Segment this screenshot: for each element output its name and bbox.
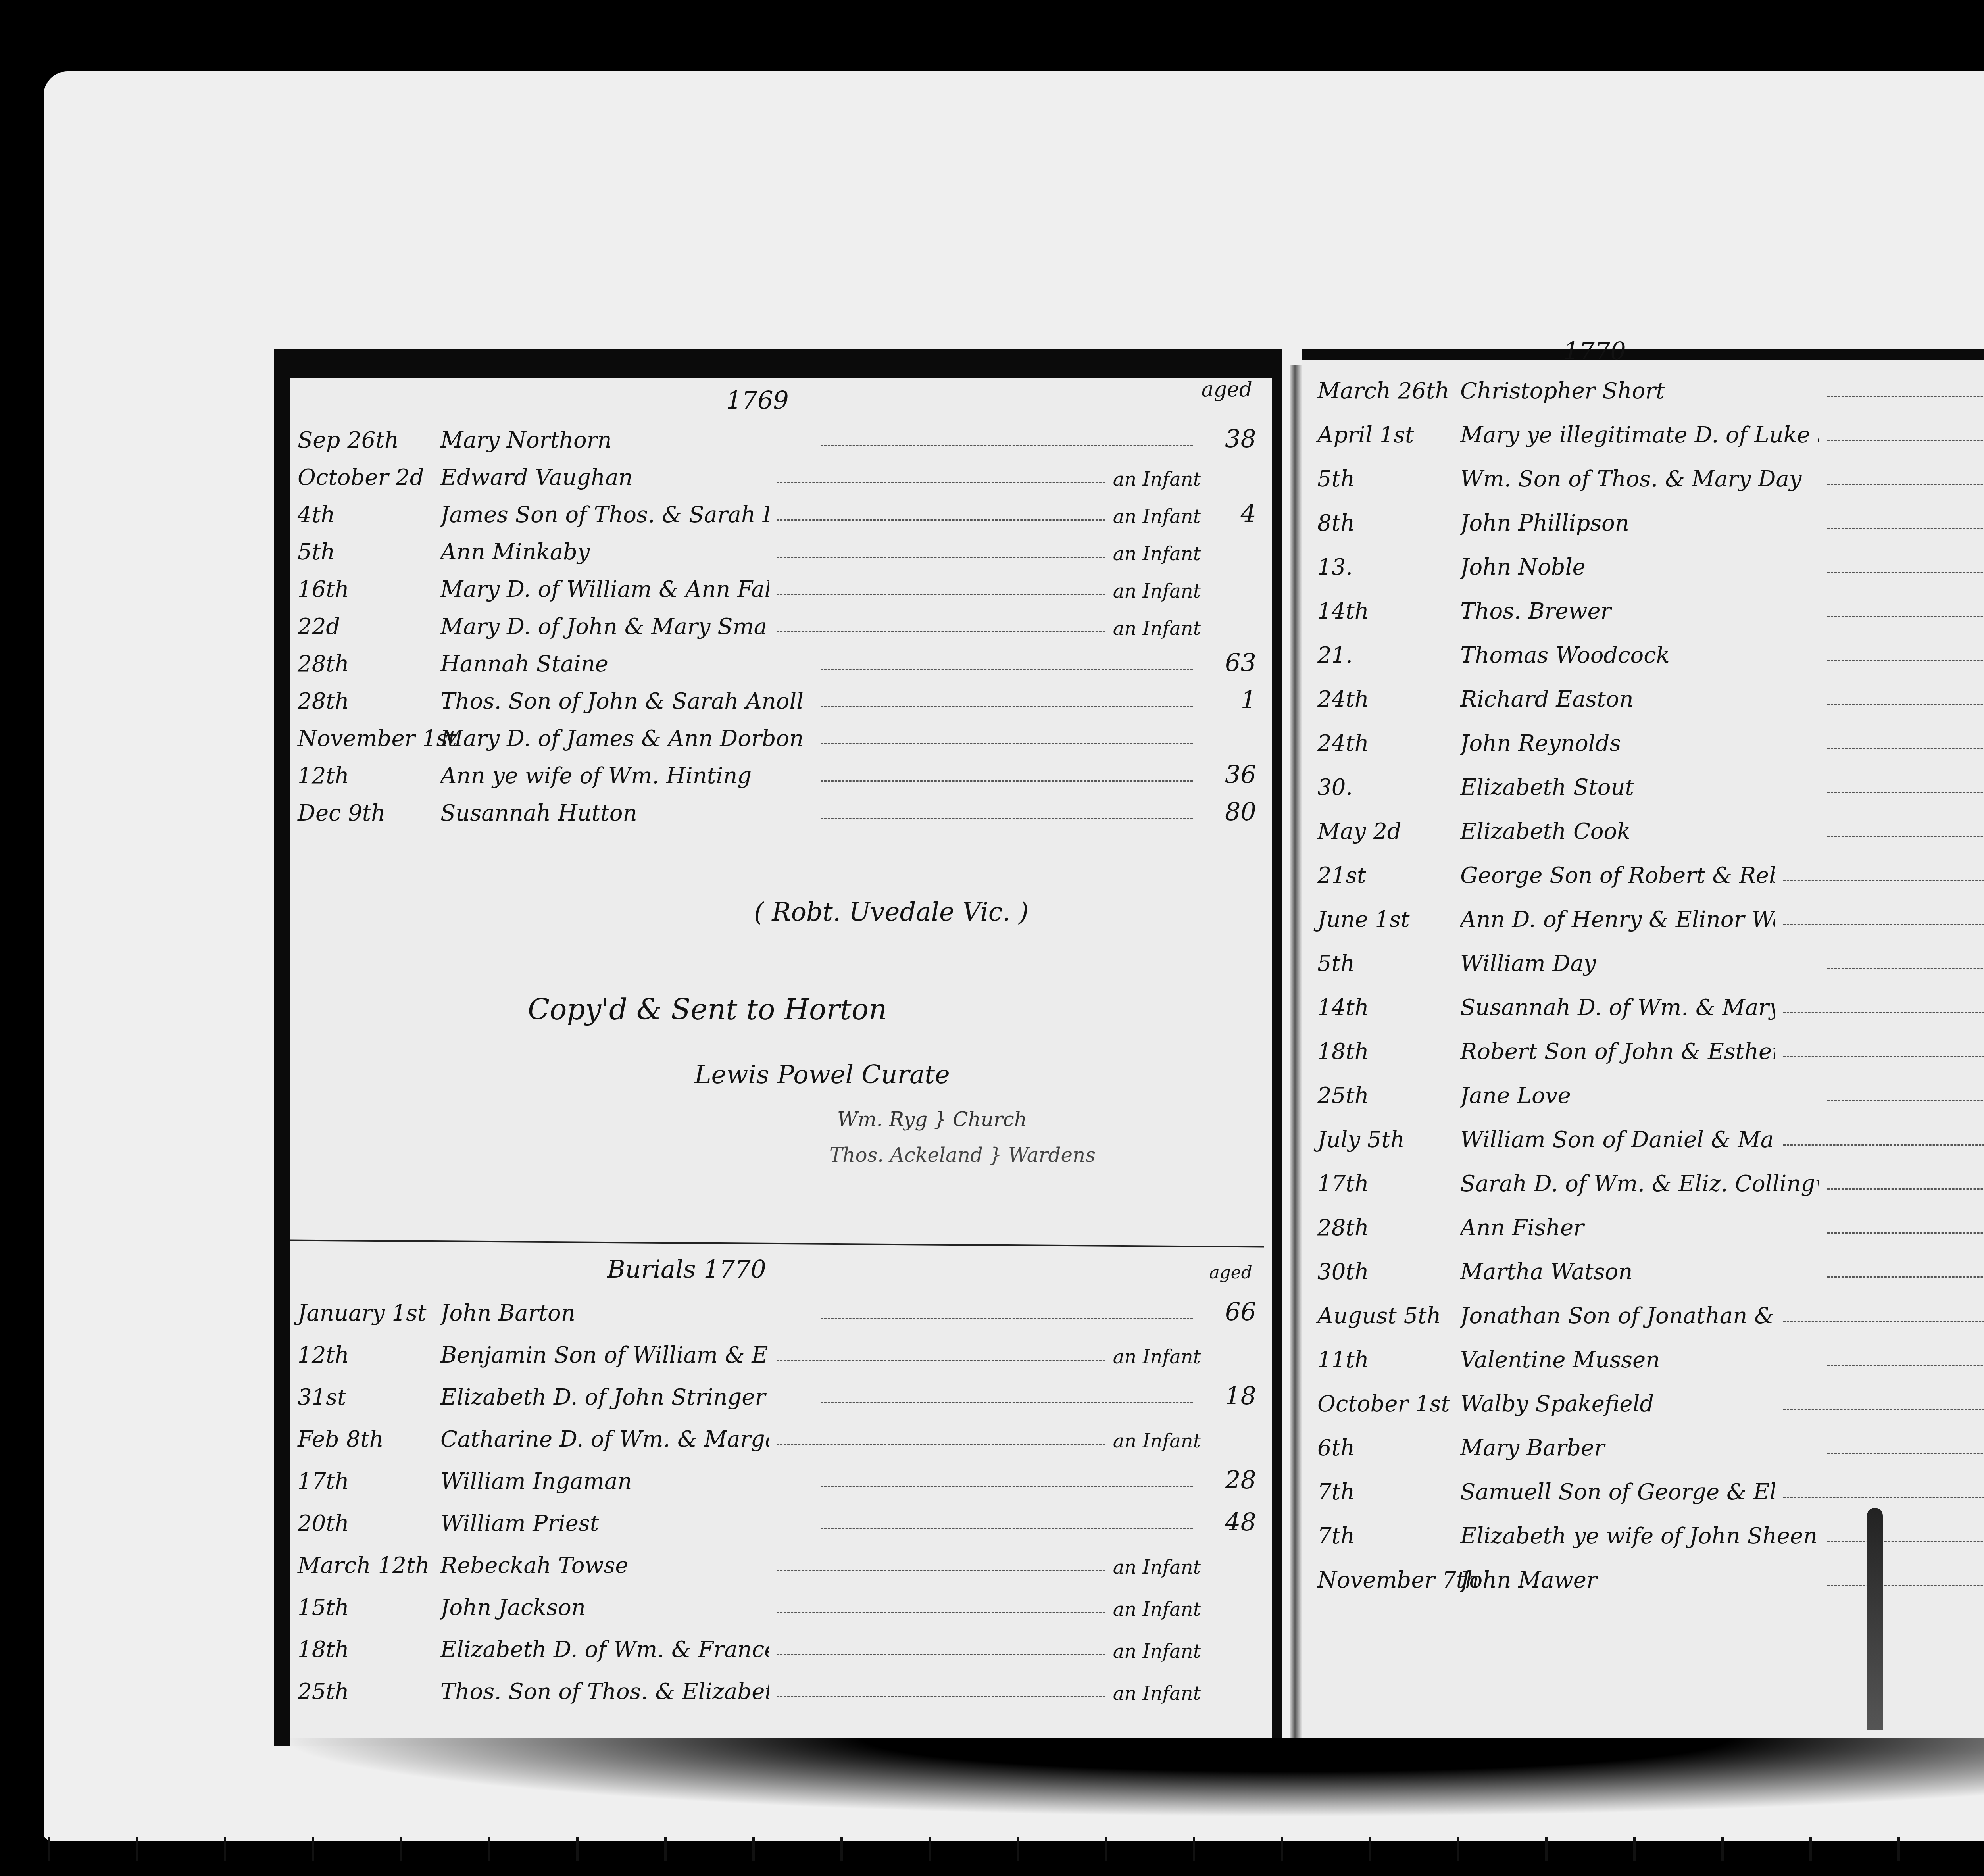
- entry-leader: [1827, 968, 1984, 969]
- register-entry: April 1stMary ye illegitimate D. of Luke…: [1317, 412, 1984, 448]
- entry-name: Thomas Woodcock: [1460, 642, 1819, 668]
- entry-name: Thos. Son of John & Sarah Anoll: [440, 688, 813, 714]
- entry-leader: [1827, 748, 1984, 749]
- copy-note: Copy'd & Sent to Horton: [528, 993, 887, 1026]
- register-entry: August 5thJonathan Son of Jonathan & Ann…: [1317, 1293, 1984, 1329]
- register-entry: 24thJohn Reynolds55: [1317, 721, 1984, 756]
- entry-leader: [777, 631, 1105, 632]
- register-entry: 30thMartha Watson38: [1317, 1249, 1984, 1285]
- entry-leader: [821, 1318, 1193, 1319]
- entry-date: Sep 26th: [298, 427, 440, 453]
- entry-age: 18: [1209, 1381, 1256, 1410]
- entry-note: an Infant: [1113, 468, 1201, 490]
- entry-date: 21st: [1317, 863, 1460, 888]
- entry-name: Ann ye wife of Wm. Hinting: [440, 763, 813, 789]
- entry-leader: [1827, 528, 1984, 529]
- register-entry: November 1stMary D. of James & Ann Dorbo…: [298, 716, 1256, 752]
- entry-name: William Priest: [440, 1511, 813, 1536]
- entry-name: Richard Easton: [1460, 686, 1819, 712]
- aged-column-heading: aged: [1202, 378, 1252, 402]
- register-entry: October 1stWalby Spakefieldan Infant: [1317, 1381, 1984, 1417]
- register-entry: 14thSusannah D. of Wm. & Mary Ibbotsonan…: [1317, 985, 1984, 1021]
- entry-leader: [1827, 1100, 1984, 1101]
- register-entry: 13.John Noble31: [1317, 544, 1984, 580]
- entry-date: Dec 9th: [298, 800, 440, 826]
- entry-name: Rebeckah Towse: [440, 1553, 769, 1578]
- register-book: 1769 aged Sep 26thMary Northorn38October…: [274, 349, 1984, 1754]
- entry-name: Thos. Brewer: [1460, 598, 1819, 624]
- entry-name: James Son of Thos. & Sarah Ingall: [440, 502, 769, 528]
- entry-date: 31st: [298, 1384, 440, 1410]
- sprocket-mark: [136, 1837, 138, 1861]
- register-entry: March 26thChristopher Short63: [1317, 368, 1984, 404]
- curate-signature: Lewis Powel Curate: [694, 1060, 950, 1090]
- entry-date: 30.: [1317, 775, 1460, 800]
- entries-1770-right: March 26thChristopher Short63April 1stMa…: [1317, 368, 1984, 1638]
- entry-date: January 1st: [298, 1300, 440, 1326]
- entry-date: October 1st: [1317, 1391, 1460, 1417]
- entry-name: Benjamin Son of William & Eliz. Frodle: [440, 1342, 769, 1368]
- entry-leader: [1827, 1365, 1984, 1366]
- entry-leader: [1827, 572, 1984, 573]
- register-entry: 22dMary D. of John & Mary Smartan Infant: [298, 604, 1256, 640]
- sprocket-mark: [752, 1837, 755, 1861]
- entry-leader: [1827, 660, 1984, 661]
- entry-date: 12th: [298, 763, 440, 789]
- entry-name: Susannah D. of Wm. & Mary Ibbotson: [1460, 995, 1775, 1021]
- entry-leader: [1827, 396, 1984, 397]
- entry-name: Mary D. of John & Mary Smart: [440, 614, 769, 640]
- sprocket-mark: [576, 1837, 579, 1861]
- register-entry: 31stElizabeth D. of John Stringer18: [298, 1374, 1256, 1410]
- entry-age: 28: [1209, 1465, 1256, 1494]
- entry-date: June 1st: [1317, 907, 1460, 932]
- register-entry: 6thMary Barber51: [1317, 1425, 1984, 1461]
- entry-date: 13.: [1317, 554, 1460, 580]
- entry-name: Walby Spakefield: [1460, 1391, 1775, 1417]
- entry-leader: [1827, 440, 1984, 441]
- entry-name: William Ingaman: [440, 1469, 813, 1494]
- entry-name: John Noble: [1460, 554, 1819, 580]
- entry-date: 6th: [1317, 1435, 1460, 1461]
- entry-leader: [777, 519, 1105, 521]
- film-sprocket-marks: [48, 1829, 1984, 1861]
- register-entry: November 7thJohn Mawer63: [1317, 1557, 1984, 1593]
- entry-name: Elizabeth D. of Wm. & Frances Smith: [440, 1637, 769, 1663]
- entry-leader: [821, 669, 1193, 670]
- register-entry: 28thHannah Staine63: [298, 641, 1256, 677]
- sprocket-mark: [1721, 1837, 1724, 1861]
- register-entry: June 1stAnn D. of Henry & Elinor Watsona…: [1317, 897, 1984, 932]
- entry-leader: [1827, 616, 1984, 617]
- register-entry: 14thThos. Brewer42: [1317, 588, 1984, 624]
- entry-leader: [777, 1444, 1105, 1445]
- register-entry: 18thRobert Son of John & Esther Froxan I…: [1317, 1029, 1984, 1065]
- register-entry: 5thAnn Minkabyan Infant: [298, 529, 1256, 565]
- sprocket-mark: [224, 1837, 226, 1861]
- register-entry: 20thWilliam Priest48: [298, 1501, 1256, 1536]
- register-entry: 5thWilliam Day47: [1317, 941, 1984, 976]
- entry-date: 16th: [298, 577, 440, 602]
- entry-note: an Infant: [1113, 1598, 1201, 1620]
- register-entry: 17thSarah D. of Wm. & Eliz. Collingwood4: [1317, 1161, 1984, 1197]
- sprocket-mark: [929, 1837, 931, 1861]
- entry-note: an Infant: [1113, 1682, 1201, 1705]
- entry-leader: [777, 557, 1105, 558]
- entry-date: May 2d: [1317, 819, 1460, 844]
- register-entry: 5thWm. Son of Thos. & Mary Day2: [1317, 456, 1984, 492]
- sprocket-mark: [312, 1837, 314, 1861]
- register-entry: 12thAnn ye wife of Wm. Hinting36: [298, 753, 1256, 789]
- entry-name: George Son of Robert & Rebeccah Shaw: [1460, 863, 1775, 888]
- entry-name: Mary Barber: [1460, 1435, 1819, 1461]
- entry-name: Elizabeth Cook: [1460, 819, 1819, 844]
- sprocket-mark: [48, 1837, 50, 1861]
- sprocket-mark: [1897, 1837, 1900, 1861]
- entry-date: 24th: [1317, 686, 1460, 712]
- entry-age: 4: [1209, 499, 1256, 528]
- register-entry: Feb 8thCatharine D. of Wm. & Margarett E…: [298, 1417, 1256, 1452]
- entry-age: 63: [1209, 648, 1256, 677]
- entry-date: 4th: [298, 502, 440, 528]
- register-entry: January 1stJohn Barton66: [298, 1290, 1256, 1326]
- entry-date: 5th: [1317, 466, 1460, 492]
- entry-date: 22d: [298, 614, 440, 640]
- entry-leader: [1783, 1321, 1984, 1322]
- register-entry: 25thThos. Son of Thos. & Elizabeth Cooka…: [298, 1669, 1256, 1705]
- entry-leader: [821, 445, 1193, 446]
- register-entry: 30.Elizabeth Stout55: [1317, 765, 1984, 800]
- entry-name: Elizabeth ye wife of John Sheen: [1460, 1523, 1819, 1549]
- entry-date: 14th: [1317, 995, 1460, 1021]
- entry-note: an Infant: [1113, 617, 1201, 640]
- burials-1770-heading: Burials 1770: [607, 1255, 766, 1284]
- entry-date: 5th: [1317, 951, 1460, 976]
- sprocket-mark: [1193, 1837, 1195, 1861]
- entry-date: 24th: [1317, 730, 1460, 756]
- entry-date: 30th: [1317, 1259, 1460, 1285]
- entry-name: John Phillipson: [1460, 510, 1819, 536]
- register-entry: 16thMary D. of William & Ann Falksan Inf…: [298, 567, 1256, 602]
- entry-date: March 12th: [298, 1553, 440, 1578]
- sprocket-mark: [1545, 1837, 1548, 1861]
- entry-leader: [1827, 1188, 1984, 1190]
- entry-leader: [821, 706, 1193, 707]
- entry-leader: [1827, 1232, 1984, 1234]
- entry-date: July 5th: [1317, 1127, 1460, 1153]
- entry-name: Ann Minkaby: [440, 539, 769, 565]
- register-entry: Dec 9thSusannah Hutton80: [298, 790, 1256, 826]
- entry-note: an Infant: [1113, 1346, 1201, 1368]
- entry-leader: [1783, 1144, 1984, 1146]
- left-page: 1769 aged Sep 26thMary Northorn38October…: [274, 349, 1282, 1746]
- churchwarden-1: Wm. Ryg } Church: [837, 1108, 1027, 1131]
- entry-leader: [1827, 1453, 1984, 1454]
- entry-name: Elizabeth D. of John Stringer: [440, 1384, 813, 1410]
- entry-note: an Infant: [1113, 1556, 1201, 1578]
- entry-note: an Infant: [1113, 580, 1201, 602]
- sprocket-mark: [1457, 1837, 1459, 1861]
- register-entry: 21stGeorge Son of Robert & Rebeccah Shaw…: [1317, 853, 1984, 888]
- entry-age: 38: [1209, 424, 1256, 453]
- register-entry: 15thJohn Jacksonan Infant: [298, 1585, 1256, 1620]
- entry-name: William Son of Daniel & Mary Cook: [1460, 1127, 1775, 1153]
- entry-note: an Infant: [1113, 1430, 1201, 1452]
- entry-name: Samuell Son of George & Elizabeth Ryder: [1460, 1479, 1775, 1505]
- register-entry: 7thElizabeth ye wife of John Sheen55: [1317, 1513, 1984, 1549]
- entry-date: 28th: [298, 651, 440, 677]
- entry-name: Edward Vaughan: [440, 465, 769, 490]
- entry-date: November 7th: [1317, 1567, 1460, 1593]
- entry-leader: [821, 818, 1193, 819]
- entry-name: Sarah D. of Wm. & Eliz. Collingwood: [1460, 1171, 1819, 1197]
- entry-name: Mary ye illegitimate D. of Luke Smith by…: [1460, 422, 1819, 448]
- register-entry: 4thJames Son of Thos. & Sarah Ingallan I…: [298, 492, 1256, 528]
- entry-name: Susannah Hutton: [440, 800, 813, 826]
- year-heading-1769: 1769: [726, 386, 789, 415]
- entry-name: Ann Fisher: [1460, 1215, 1819, 1241]
- entry-leader: [777, 1570, 1105, 1571]
- register-entry: 24thRichard Easton34: [1317, 677, 1984, 712]
- entry-name: Robert Son of John & Esther Frox: [1460, 1039, 1775, 1065]
- entry-leader: [777, 1696, 1105, 1697]
- entry-name: Ann D. of Henry & Elinor Watson: [1460, 907, 1775, 932]
- entry-date: 14th: [1317, 598, 1460, 624]
- entry-leader: [1783, 1056, 1984, 1057]
- register-entry: 18thElizabeth D. of Wm. & Frances Smitha…: [298, 1627, 1256, 1663]
- entry-age: 1: [1209, 685, 1256, 714]
- entry-date: 21.: [1317, 642, 1460, 668]
- entry-date: 7th: [1317, 1523, 1460, 1549]
- entry-name: Jane Love: [1460, 1083, 1819, 1109]
- sprocket-mark: [1105, 1837, 1107, 1861]
- section-divider: [290, 1239, 1264, 1247]
- register-entry: May 2dElizabeth Cook28: [1317, 809, 1984, 844]
- sprocket-mark: [1369, 1837, 1371, 1861]
- entry-date: 15th: [298, 1595, 440, 1620]
- ink-smudge: [1867, 1508, 1883, 1730]
- entry-leader: [777, 1612, 1105, 1613]
- entry-leader: [1827, 1276, 1984, 1278]
- entry-date: 12th: [298, 1342, 440, 1368]
- entry-leader: [821, 1528, 1193, 1529]
- entry-note: an Infant: [1113, 506, 1201, 528]
- entry-date: 17th: [298, 1469, 440, 1494]
- register-entry: 7thSamuell Son of George & Elizabeth Ryd…: [1317, 1469, 1984, 1505]
- entry-date: Feb 8th: [298, 1426, 440, 1452]
- entry-age: 36: [1209, 760, 1256, 789]
- entry-leader: [1827, 836, 1984, 837]
- churchwarden-2: Thos. Ackeland } Wardens: [829, 1144, 1096, 1167]
- entry-date: 28th: [1317, 1215, 1460, 1241]
- sprocket-mark: [1809, 1837, 1812, 1861]
- entry-name: Mary D. of James & Ann Dorbon: [440, 726, 813, 752]
- entry-name: Jonathan Son of Jonathan & Ann Woodcock: [1460, 1303, 1775, 1329]
- entry-name: John Reynolds: [1460, 730, 1819, 756]
- entries-1770-left: January 1stJohn Barton6612thBenjamin Son…: [298, 1290, 1256, 1727]
- entry-age: 66: [1209, 1297, 1256, 1326]
- entry-name: Elizabeth Stout: [1460, 775, 1819, 800]
- entry-leader: [1827, 1585, 1984, 1586]
- entry-name: John Mawer: [1460, 1567, 1819, 1593]
- entry-date: April 1st: [1317, 422, 1460, 448]
- entry-name: Christopher Short: [1460, 378, 1819, 404]
- entry-date: 20th: [298, 1511, 440, 1536]
- sprocket-mark: [1281, 1837, 1283, 1861]
- entry-leader: [821, 1402, 1193, 1403]
- sprocket-mark: [400, 1837, 402, 1861]
- book-gutter: [1290, 365, 1302, 1754]
- sprocket-mark: [664, 1837, 667, 1861]
- entry-name: Valentine Mussen: [1460, 1347, 1819, 1373]
- entry-date: 17th: [1317, 1171, 1460, 1197]
- entry-date: 25th: [298, 1679, 440, 1705]
- entry-note: an Infant: [1113, 543, 1201, 565]
- entry-age: 80: [1209, 797, 1256, 826]
- binding-shadow: [274, 1738, 1984, 1817]
- entry-leader: [821, 1486, 1193, 1487]
- entry-date: 5th: [298, 539, 440, 565]
- entry-name: Mary Northorn: [440, 427, 813, 453]
- sprocket-mark: [488, 1837, 490, 1861]
- entry-leader: [1783, 880, 1984, 881]
- entry-date: 28th: [298, 688, 440, 714]
- register-entry: 12thBenjamin Son of William & Eliz. Frod…: [298, 1332, 1256, 1368]
- register-entry: 8thJohn Phillipson29: [1317, 500, 1984, 536]
- entry-leader: [777, 1360, 1105, 1361]
- entry-date: 18th: [1317, 1039, 1460, 1065]
- entry-name: Wm. Son of Thos. & Mary Day: [1460, 466, 1819, 492]
- entry-name: John Jackson: [440, 1595, 769, 1620]
- entry-date: 25th: [1317, 1083, 1460, 1109]
- entry-date: 11th: [1317, 1347, 1460, 1373]
- entry-name: Hannah Staine: [440, 651, 813, 677]
- entry-date: March 26th: [1317, 378, 1460, 404]
- entry-date: 7th: [1317, 1479, 1460, 1505]
- entry-leader: [1827, 484, 1984, 485]
- entry-name: John Barton: [440, 1300, 813, 1326]
- year-heading-1770: 1770: [1563, 336, 1626, 365]
- vicar-signature: ( Robt. Uvedale Vic. ): [754, 898, 1029, 927]
- register-entry: 17thWilliam Ingaman28: [298, 1459, 1256, 1494]
- register-entry: 25thJane Love60: [1317, 1073, 1984, 1109]
- sprocket-mark: [840, 1837, 843, 1861]
- entry-leader: [777, 1654, 1105, 1655]
- entry-leader: [777, 482, 1105, 483]
- entry-leader: [821, 780, 1193, 782]
- entry-date: 8th: [1317, 510, 1460, 536]
- sprocket-mark: [1017, 1837, 1019, 1861]
- entry-leader: [1783, 924, 1984, 925]
- entry-leader: [1827, 704, 1984, 705]
- entry-leader: [1783, 1409, 1984, 1410]
- entry-date: August 5th: [1317, 1303, 1460, 1329]
- register-entry: 11thValentine Mussen47: [1317, 1337, 1984, 1373]
- entry-leader: [1783, 1012, 1984, 1013]
- aged-column-heading-2: aged: [1209, 1263, 1252, 1283]
- entry-leader: [1827, 792, 1984, 793]
- entry-leader: [821, 743, 1193, 744]
- entry-name: Thos. Son of Thos. & Elizabeth Cook: [440, 1679, 769, 1705]
- entry-leader: [777, 594, 1105, 595]
- entry-name: Mary D. of William & Ann Falks: [440, 577, 769, 602]
- entry-leader: [1827, 1541, 1984, 1542]
- entry-name: Martha Watson: [1460, 1259, 1819, 1285]
- entry-name: William Day: [1460, 951, 1819, 976]
- register-entry: 28thThos. Son of John & Sarah Anoll1: [298, 679, 1256, 714]
- register-entry: Sep 26thMary Northorn38: [298, 417, 1256, 453]
- register-entry: October 2dEdward Vaughanan Infant: [298, 455, 1256, 490]
- entry-date: 18th: [298, 1637, 440, 1663]
- entry-note: an Infant: [1113, 1640, 1201, 1663]
- register-entry: July 5thWilliam Son of Daniel & Mary Coo…: [1317, 1117, 1984, 1153]
- entries-1769: Sep 26thMary Northorn38October 2dEdward …: [298, 417, 1256, 834]
- entry-leader: [1783, 1497, 1984, 1498]
- entry-date: November 1st: [298, 726, 440, 752]
- register-entry: 28thAnn Fisher63: [1317, 1205, 1984, 1241]
- register-entry: March 12thRebeckah Towsean Infant: [298, 1543, 1256, 1578]
- entry-date: October 2d: [298, 465, 440, 490]
- entry-age: 48: [1209, 1507, 1256, 1536]
- sprocket-mark: [1633, 1837, 1636, 1861]
- entry-name: Catharine D. of Wm. & Margarett Ellis: [440, 1426, 769, 1452]
- register-entry: 21.Thomas Woodcock2: [1317, 632, 1984, 668]
